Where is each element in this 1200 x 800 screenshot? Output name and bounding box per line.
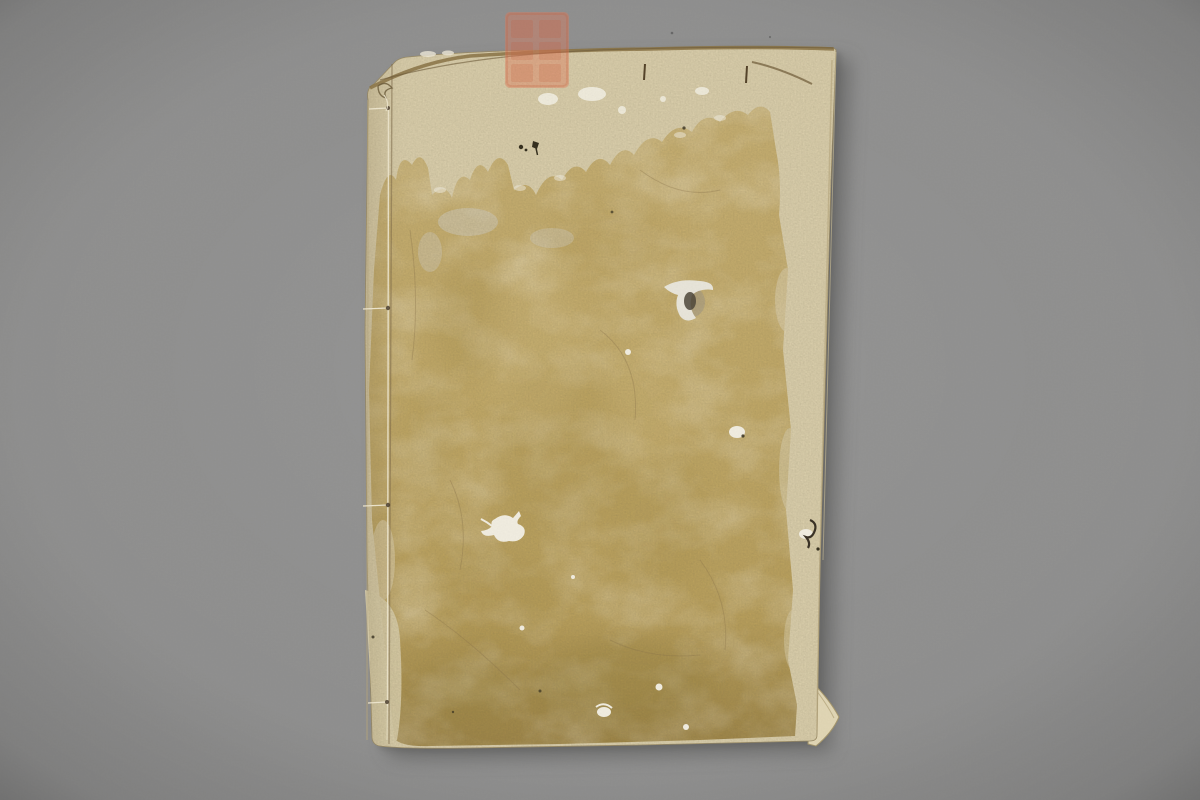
photo-canvas bbox=[0, 0, 1200, 800]
vignette-overlay bbox=[0, 0, 1200, 800]
photo-of-antique-book bbox=[0, 0, 1200, 800]
